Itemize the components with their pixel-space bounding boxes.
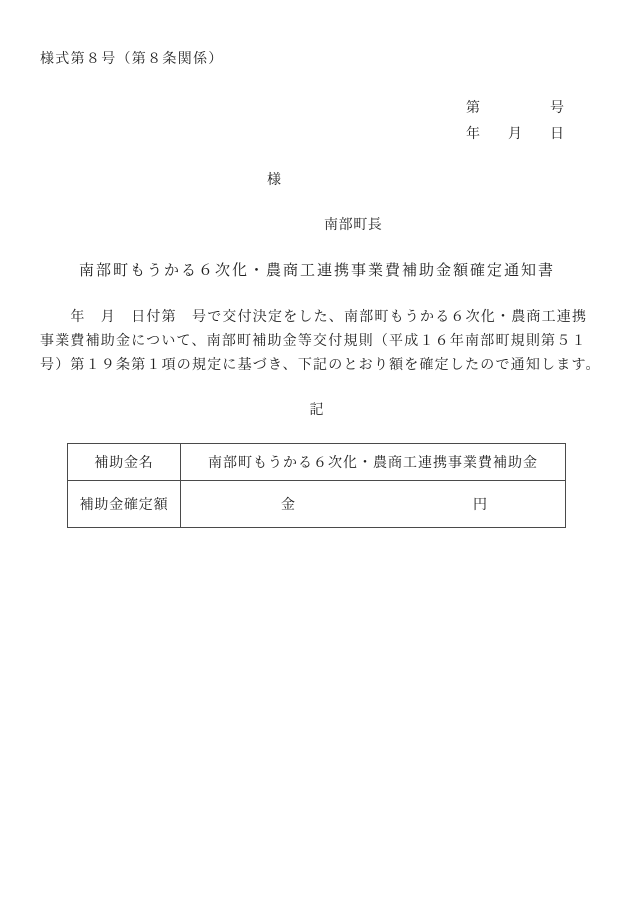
document-number-line: 第 号 — [466, 94, 564, 120]
date-year-label: 年 — [466, 123, 480, 143]
sender-name: 南部町長 — [324, 214, 382, 234]
form-number-label: 様式第８号（第８条関係） — [40, 48, 224, 68]
table-row-grant-name: 補助金名 南部町もうかる６次化・農商工連携事業費補助金 — [68, 444, 566, 481]
body-line-3: 号）第１９条第１項の規定に基づき、下記のとおり額を確定したので通知します。 — [40, 354, 598, 378]
document-number-prefix: 第 — [466, 97, 480, 117]
date-day-label: 日 — [550, 123, 564, 143]
grant-amount-cell: 金 円 — [181, 481, 566, 528]
addressee-suffix: 様 — [267, 169, 282, 189]
document-page: 様式第８号（第８条関係） 第 号 年 月 日 様 南部町長 南部町もうかる６次化… — [0, 0, 630, 903]
date-line: 年 月 日 — [466, 120, 564, 146]
record-marker: 記 — [40, 399, 594, 419]
grant-name-value: 南部町もうかる６次化・農商工連携事業費補助金 — [181, 444, 566, 481]
grant-amount-label: 補助金確定額 — [68, 481, 181, 528]
body-paragraph: 年 月 日付第 号で交付決定をした、南部町もうかる６次化・農商工連携 事業費補助… — [40, 306, 598, 378]
reference-block: 第 号 年 月 日 — [466, 94, 564, 146]
amount-suffix: 円 — [473, 494, 487, 514]
date-month-label: 月 — [508, 123, 522, 143]
document-title: 南部町もうかる６次化・農商工連携事業費補助金額確定通知書 — [40, 259, 594, 280]
body-line-1: 年 月 日付第 号で交付決定をした、南部町もうかる６次化・農商工連携 — [40, 306, 598, 330]
grant-name-label: 補助金名 — [68, 444, 181, 481]
amount-prefix: 金 — [281, 494, 295, 514]
grant-table: 補助金名 南部町もうかる６次化・農商工連携事業費補助金 補助金確定額 金 円 — [67, 443, 566, 528]
table-row-grant-amount: 補助金確定額 金 円 — [68, 481, 566, 528]
grant-amount-value: 金 円 — [181, 494, 565, 514]
document-number-suffix: 号 — [550, 97, 564, 117]
body-line-2: 事業費補助金について、南部町補助金等交付規則（平成１６年南部町規則第５１ — [40, 330, 598, 354]
